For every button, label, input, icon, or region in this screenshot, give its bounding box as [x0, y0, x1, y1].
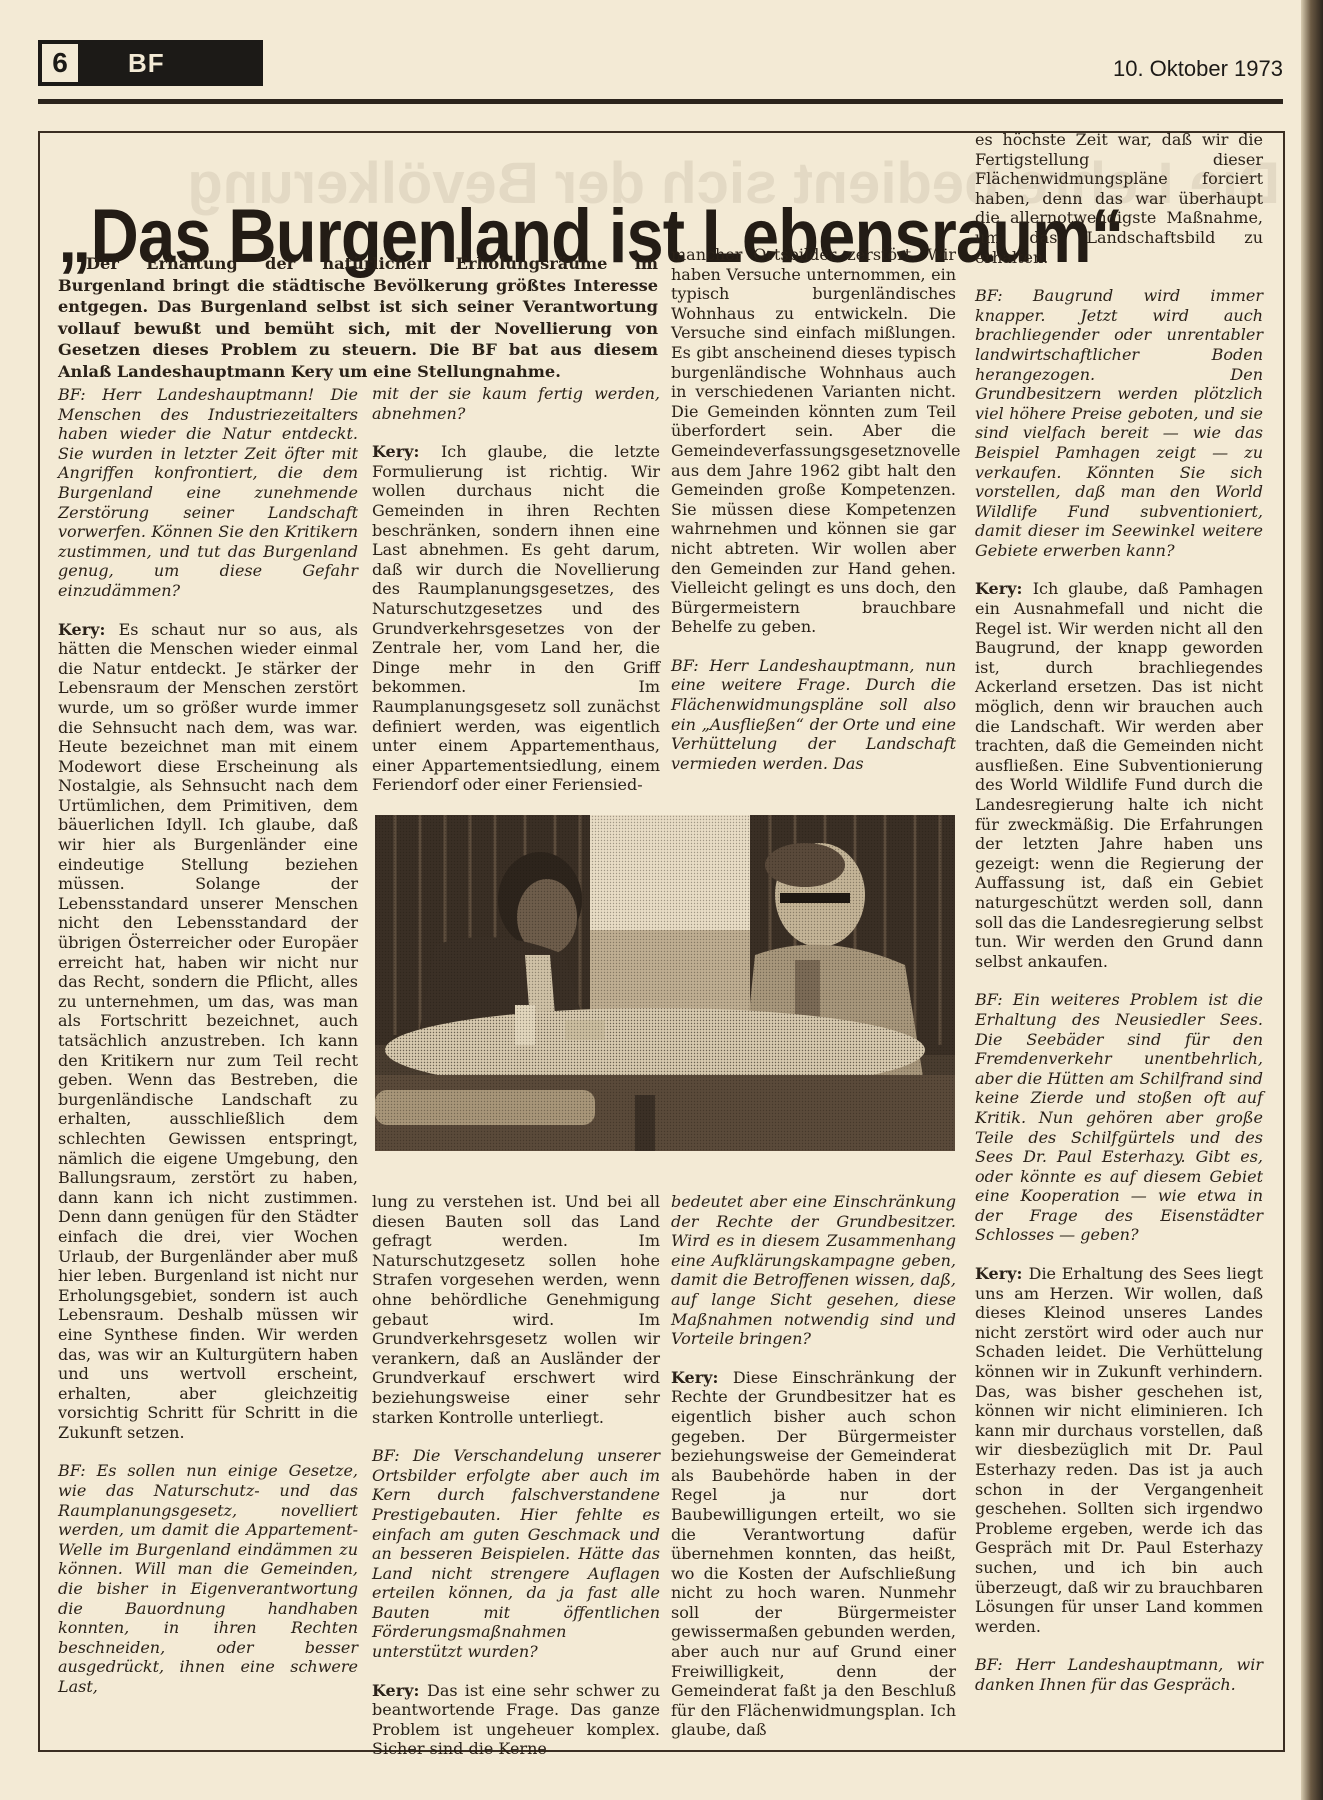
article-lede: Der Erhaltung der natürlichen Erholungsr…	[58, 253, 658, 383]
column-2-top: mit der sie kaum fertig werden, abnehmen…	[372, 384, 660, 814]
paragraph-text: Ein weiteres Problem ist die Erhaltung d…	[975, 990, 1263, 1244]
paragraph-text: Die Verschandelung unserer Ortsbilder er…	[372, 1446, 660, 1661]
column-3-bottom: bedeutet aber eine Einschränkung der Rec…	[671, 1192, 956, 1759]
interview-question: BF: Es sollen nun einige Gesetze, wie da…	[58, 1461, 358, 1696]
page-gutter-shadow	[1301, 0, 1323, 1800]
paragraph-text: bedeutet aber eine Einschränkung der Rec…	[671, 1192, 956, 1348]
speaker-label: BF:	[671, 656, 709, 675]
column-4: es höchste Zeit war, daß wir die Fertigs…	[975, 130, 1263, 1714]
interview-question: BF: Die Verschandelung unserer Ortsbilde…	[372, 1446, 660, 1662]
paragraph-text: Ich glaube, die letzte Formulierung ist …	[372, 442, 660, 794]
interview-answer: Kery: Ich glaube, daß Pamhagen ein Ausna…	[975, 579, 1263, 971]
page-number: 6	[42, 44, 78, 82]
speaker-label: Kery:	[975, 579, 1033, 598]
interview-answer: lung zu verstehen ist. Und bei all diese…	[372, 1192, 660, 1427]
column-1: BF: Herr Landeshauptmann! Die Menschen d…	[58, 385, 358, 1716]
speaker-label: BF:	[975, 286, 1033, 305]
paragraph-text: mit der sie kaum fertig werden, abnehmen…	[372, 384, 660, 423]
interview-question: BF: Herr Landeshauptmann, wir danken Ihn…	[975, 1655, 1263, 1694]
interview-answer: Kery: Das ist eine sehr schwer zu beantw…	[372, 1681, 660, 1759]
paragraph-text: es höchste Zeit war, daß wir die Fertigs…	[975, 130, 1263, 267]
speaker-label: BF:	[372, 1446, 413, 1465]
column-2-bottom: lung zu verstehen ist. Und bei all diese…	[372, 1192, 660, 1778]
paragraph-text: Die Erhaltung des Sees liegt uns am Herz…	[975, 1264, 1263, 1636]
speaker-label: BF:	[975, 990, 1013, 1009]
paragraph-text: Ich glaube, daß Pamhagen ein Ausnahmefal…	[975, 579, 1263, 970]
photo-icon	[375, 815, 955, 1151]
interview-answer: Kery: Diese Einschränkung der Rechte der…	[671, 1368, 956, 1740]
paragraph-text: Herr Landeshauptmann, wir danken Ihnen f…	[975, 1655, 1263, 1694]
page-header-box: 6 BF	[38, 40, 263, 86]
issue-date: 10. Oktober 1973	[1113, 56, 1283, 82]
speaker-label: Kery:	[671, 1368, 733, 1387]
paragraph-text: Herr Landeshauptmann! Die Menschen des I…	[58, 385, 358, 600]
speaker-label: Kery:	[372, 442, 441, 461]
speaker-label: Kery:	[372, 1681, 427, 1700]
paragraph-text: Baugrund wird immer knapper. Jetzt wird …	[975, 286, 1263, 560]
interview-question: BF: Baugrund wird immer knapper. Jetzt w…	[975, 286, 1263, 560]
interview-photo	[375, 815, 955, 1151]
paragraph-text: mancher Ortsbilder zerstört. Wir haben V…	[671, 245, 961, 636]
interview-question: bedeutet aber eine Einschränkung der Rec…	[671, 1192, 956, 1349]
interview-question: BF: Herr Landeshauptmann, nun eine weite…	[671, 656, 956, 774]
paragraph-text: lung zu verstehen ist. Und bei all diese…	[372, 1192, 660, 1427]
interview-answer: Kery: Die Erhaltung des Sees liegt uns a…	[975, 1264, 1263, 1636]
speaker-label: Kery:	[975, 1264, 1029, 1283]
speaker-label: BF:	[975, 1655, 1016, 1674]
column-3-top: mancher Ortsbilder zerstört. Wir haben V…	[671, 245, 956, 792]
paragraph-text: Herr Landeshauptmann, nun eine weitere F…	[671, 656, 956, 773]
paragraph-text: Diese Einschränkung der Rechte der Grund…	[671, 1368, 956, 1740]
speaker-label: BF:	[58, 385, 102, 404]
section-tag: BF	[128, 40, 165, 86]
paragraph-text: Es schaut nur so aus, als hätten die Men…	[58, 620, 358, 1442]
interview-answer: es höchste Zeit war, daß wir die Fertigs…	[975, 130, 1263, 267]
speaker-label: BF:	[58, 1461, 97, 1480]
paragraph-text: Es sollen nun einige Gesetze, wie das Na…	[58, 1461, 358, 1696]
speaker-label: Kery:	[58, 620, 119, 639]
interview-answer: Kery: Es schaut nur so aus, als hätten d…	[58, 620, 358, 1443]
interview-question: BF: Ein weiteres Problem ist die Erhaltu…	[975, 990, 1263, 1245]
interview-answer: Kery: Ich glaube, die letzte Formulierun…	[372, 442, 660, 795]
interview-question: BF: Herr Landeshauptmann! Die Menschen d…	[58, 385, 358, 601]
header-rule	[38, 99, 1283, 104]
interview-question: mit der sie kaum fertig werden, abnehmen…	[372, 384, 660, 423]
interview-answer: mancher Ortsbilder zerstört. Wir haben V…	[671, 245, 956, 637]
